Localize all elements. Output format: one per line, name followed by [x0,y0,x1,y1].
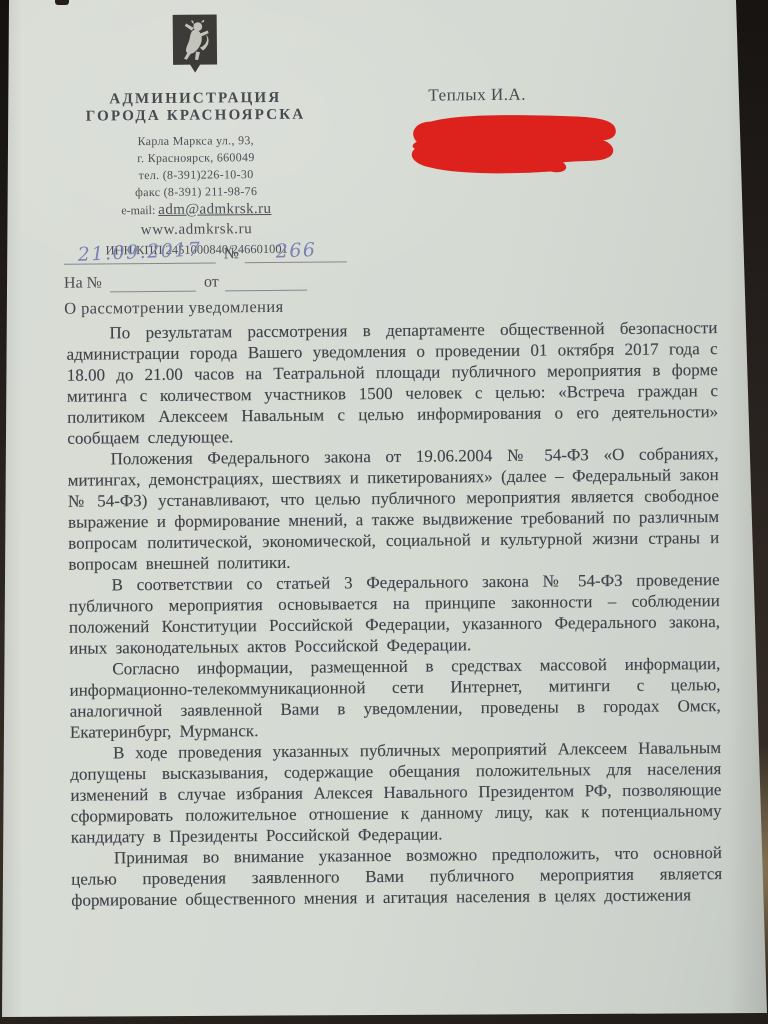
incoming-reference-row: На № от [64,265,494,293]
handwritten-date: 21.09.2017 [77,238,202,265]
fax-line: факс (8-391) 211-98-76 [55,182,337,200]
paragraph-2: Положения Федерального закона от 19.06.2… [67,443,719,575]
email-address: adm@admkrsk.ru [158,201,271,218]
recipient-name: Теплых И.А. [428,85,526,106]
incoming-ot-label: от [204,273,219,291]
handwritten-number: 266 [275,239,317,263]
scanned-letter-photo: АДМИНИСТРАЦИЯ ГОРОДА КРАСНОЯРСКА Карла М… [0,0,768,1024]
outgoing-date-field: 21.09.2017 [64,240,216,264]
letter-subject: О рассмотрении уведомления [64,295,494,319]
phone-line: тел. (8-391)226-10-30 [55,165,337,183]
letter-content: АДМИНИСТРАЦИЯ ГОРОДА КРАСНОЯРСКА Карла М… [0,0,768,1024]
email-label: e-mail: [121,203,155,217]
letterhead: АДМИНИСТРАЦИЯ ГОРОДА КРАСНОЯРСКА Карла М… [54,12,338,258]
paragraph-1: По результатам рассмотрения в департамен… [66,317,718,449]
incoming-na-label: На № [64,274,102,292]
incoming-number-blank [110,291,196,293]
incoming-date-blank [225,290,307,292]
date-number-row: 21.09.2017 № 266 [64,235,494,265]
reference-block: 21.09.2017 № 266 На № от О рассмотрении … [64,235,495,319]
redaction-marker [403,110,626,183]
email-line: e-mail: adm@admkrsk.ru [55,200,337,219]
paragraph-4: Согласно информации, размещенной в средс… [69,653,721,743]
paragraph-3: В соответствии со статьей 3 Федерального… [69,569,721,659]
address-line2: г. Красноярск, 660049 [55,148,337,166]
org-name-line2: ГОРОДА КРАСНОЯРСКА [54,106,336,125]
letter-body: По результатам рассмотрения в департамен… [66,317,722,911]
number-sign: № [216,245,245,263]
paragraph-6: Принимая во внимание указанное возможно … [71,842,723,911]
outgoing-number-field: 266 [245,239,347,263]
address-line1: Карла Маркса ул., 93, [55,131,337,149]
paragraph-5: В ходе проведения указанных публичных ме… [70,737,722,848]
krasnoyarsk-coat-of-arms-icon [172,13,219,78]
